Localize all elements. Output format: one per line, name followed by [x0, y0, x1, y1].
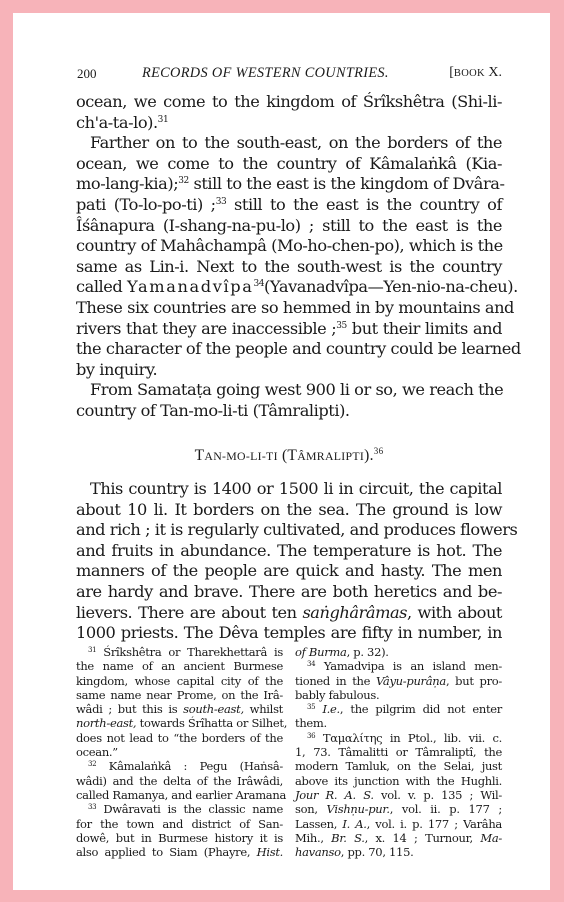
footnote-line: bably fabulous.: [295, 688, 502, 702]
text-span: but their limits and: [347, 319, 502, 338]
running-title: RECORDS OF WESTERN COUNTRIES.: [142, 65, 389, 82]
footnote-line: also applied to Siam (Phayre, Hist.: [76, 845, 283, 859]
heading-part: (T: [278, 447, 297, 464]
footnote-line: dowê, but in Burmese history it is: [76, 831, 283, 845]
text-line: lievers. There are about ten saṅghârâmas…: [76, 603, 502, 624]
text-line: ocean, we come to the kingdom of Śrîkshê…: [76, 92, 502, 113]
footnote-ref: 34: [253, 279, 264, 289]
spaced-name: Yamanadvîpa: [127, 277, 253, 296]
text-line: ocean, we come to the country of Kâmalaṅ…: [76, 154, 502, 175]
text-span: (Yavanadvîpa—Yen-nio-na-cheu).: [264, 277, 518, 296]
footnote-number: 31: [88, 646, 96, 654]
text-span: Kâmalaṅkâ : Pegu (Haṅsâ-: [109, 759, 283, 773]
running-header: 200 RECORDS OF WESTERN COUNTRIES. [BOOK …: [76, 65, 502, 83]
footnote-number: 36: [307, 732, 315, 740]
text-span: Ταμαλίτης in Ptol., lib. vii. c.: [323, 731, 502, 745]
footnote-line: modern Tamluk, on the Selai, just: [295, 759, 502, 773]
italic-term: Jour R. A. S.: [295, 788, 374, 802]
italic-term: Vâyu-purâṇa: [376, 674, 446, 688]
footnote-line: Lassen, I. A., vol. i. p. 177 ; Varâha: [295, 817, 502, 831]
footnote-line: havanso, pp. 70, 115.: [295, 845, 502, 859]
footnote-line: them.: [295, 716, 502, 730]
footnote-line: Jour R. A. S. vol. v. p. 135 ; Wil-: [295, 788, 502, 802]
footnote-line: 36 Ταμαλίτης in Ptol., lib. vii. c.: [295, 731, 502, 745]
italic-term: havanso: [295, 845, 341, 859]
text-span: Dwâravati is the classic name: [103, 802, 283, 816]
book-word: BOOK: [454, 68, 485, 79]
footnote-number: 35: [307, 703, 315, 711]
footnote-line: for the town and district of San-: [76, 817, 283, 831]
footnote-line: same name near Prome, on the Irâ-: [76, 688, 283, 702]
footnote-number: 32: [88, 760, 96, 768]
text-line: about 10 li. It borders on the sea. The …: [76, 500, 502, 521]
text-span: lievers. There are about ten: [76, 603, 302, 622]
text-line: called Yamanadvîpa34(Yavanadvîpa—Yen-nio…: [76, 277, 502, 298]
heading-part: T: [195, 447, 205, 464]
footnote-line: of Burma, p. 32).: [295, 645, 502, 659]
text-span: , x. 14 ; Turnour,: [365, 831, 481, 845]
text-span: , but pro-: [446, 674, 502, 688]
footnote-line: wâdi ; but this is south-east, whilst: [76, 702, 283, 716]
italic-term: north-east,: [76, 716, 136, 730]
main-text: ocean, we come to the kingdom of Śrîkshê…: [76, 92, 502, 644]
text-span: still to the east is the kingdom of Dvâr…: [189, 174, 505, 193]
text-span: vol. v. p. 135 ; Wil-: [374, 788, 502, 802]
text-line: and rich ; it is regularly cultivated, a…: [76, 520, 502, 541]
text-span: , vol. i. p. 177 ; Varâha: [367, 817, 502, 831]
text-span: tioned in the: [295, 674, 376, 688]
book-page: 200 RECORDS OF WESTERN COUNTRIES. [BOOK …: [13, 13, 550, 890]
book-label: [BOOK X.: [449, 65, 502, 81]
heading-part: ÂMRALIPTI: [297, 449, 364, 463]
text-span: , pp. 70, 115.: [341, 845, 414, 859]
footnotes-right-column: of Burma, p. 32). 34 Yamadvipa is an isl…: [295, 645, 502, 859]
footnote-number: 34: [307, 660, 315, 668]
footnote-line: tioned in the Vâyu-purâṇa, but pro-: [295, 674, 502, 688]
footnotes-left-column: 31 Śrîkshêtra or Tharekhettarâ is the na…: [76, 645, 283, 859]
heading-part: AN-MO-LI-TI: [204, 449, 277, 463]
text-span: , vol. ii. p. 177 ;: [390, 802, 502, 816]
text-span: rivers that they are inaccessible ;: [76, 319, 336, 338]
text-span: mo-lang-kia);: [76, 174, 178, 193]
text-line: are hardy and brave. There are both here…: [76, 582, 502, 603]
book-number: X.: [488, 65, 502, 80]
footnote-line: son, Vishṇu-pur., vol. ii. p. 177 ;: [295, 802, 502, 816]
text-span: called: [76, 277, 127, 296]
footnote-line: north-east, towards Śrîhatta or Silhet,: [76, 716, 283, 730]
footnote-line: 1, 73. Tâmalitti or Tâmraliptî, the: [295, 745, 502, 759]
text-span: Lassen,: [295, 817, 342, 831]
text-span: ch'a-ta-lo).: [76, 113, 158, 132]
text-span: wâdi ; but this is: [76, 702, 183, 716]
text-span: son,: [295, 802, 327, 816]
text-span: Yamadvipa is an island men-: [324, 659, 502, 673]
text-line: 1000 priests. The Dêva temples are fifty…: [76, 623, 502, 644]
footnote-ref: 35: [336, 321, 347, 331]
heading-part: ).: [364, 447, 374, 464]
footnote-line: wâdi) and the delta of the Irâwâdi,: [76, 774, 283, 788]
text-line: by inquiry.: [76, 360, 502, 381]
text-span: pati (To-lo-po-ti) ;: [76, 195, 216, 214]
text-line: country of Tan-mo-li-ti (Tâmralipti).: [76, 401, 502, 422]
text-line: same as Lin-i. Next to the south-west is…: [76, 257, 502, 278]
text-line: This country is 1400 or 1500 li in circu…: [76, 479, 502, 500]
text-line: From Samataṭa going west 900 li or so, w…: [76, 380, 502, 401]
footnote-ref: 31: [158, 115, 169, 125]
text-span: still to the east is the country of: [226, 195, 502, 214]
italic-term: Vishṇu-pur.: [327, 802, 390, 816]
text-line: ch'a-ta-lo).31: [76, 113, 502, 134]
text-line: rivers that they are inaccessible ;35 bu…: [76, 319, 502, 340]
italic-term: Hist.: [257, 845, 283, 859]
italic-term: I.e.: [322, 702, 339, 716]
footnote-line: 35 I.e., the pilgrim did not enter: [295, 702, 502, 716]
footnote-line: 33 Dwâravati is the classic name: [76, 802, 283, 816]
text-line: country of Mahâchampâ (Mo-ho-chen-po), w…: [76, 236, 502, 257]
footnote-ref: 33: [216, 197, 227, 207]
text-line: pati (To-lo-po-ti) ;33 still to the east…: [76, 195, 502, 216]
text-span: Mih.,: [295, 831, 331, 845]
text-span: towards Śrîhatta or Silhet,: [136, 716, 287, 730]
section-heading: TAN-MO-LI-TI (TÂMRALIPTI).36: [76, 446, 502, 467]
text-span: also applied to Siam (Phayre,: [76, 845, 257, 859]
footnote-line: 31 Śrîkshêtra or Tharekhettarâ is: [76, 645, 283, 659]
text-line: Îśânapura (I-shang-na-pu-lo) ; still to …: [76, 216, 502, 237]
page-number: 200: [77, 66, 97, 82]
italic-term: Ma-: [480, 831, 502, 845]
footnote-line: does not lead to “the borders of the: [76, 731, 283, 745]
text-line: and fruits in abundance. The temperature…: [76, 541, 502, 562]
text-line: mo-lang-kia);32 still to the east is the…: [76, 174, 502, 195]
text-line: the character of the people and country …: [76, 339, 502, 360]
text-line: Farther on to the south-east, on the bor…: [76, 133, 502, 154]
text-span: , p. 32).: [347, 645, 389, 659]
italic-term: Br. S.: [331, 831, 364, 845]
italic-term: saṅghârâmas: [302, 603, 407, 622]
text-span: Śrîkshêtra or Tharekhettarâ is: [103, 645, 283, 659]
text-line: These six countries are so hemmed in by …: [76, 298, 502, 319]
text-span: , with about: [407, 603, 502, 622]
footnote-line: 34 Yamadvipa is an island men-: [295, 659, 502, 673]
italic-term: I. A.: [342, 817, 366, 831]
text-line: manners of the people are quick and hast…: [76, 561, 502, 582]
footnote-line: Mih., Br. S., x. 14 ; Turnour, Ma-: [295, 831, 502, 845]
footnote-line: called Ramanya, and earlier Aramana: [76, 788, 283, 802]
footnote-ref: 36: [374, 446, 384, 456]
footnote-line: kingdom, whose capital city of the: [76, 674, 283, 688]
text-span: whilst: [244, 702, 283, 716]
footnote-line: the name of an ancient Burmese: [76, 659, 283, 673]
italic-term: south-east,: [183, 702, 244, 716]
footnote-ref: 32: [178, 176, 189, 186]
italic-term: of Burma: [295, 645, 347, 659]
footnote-line: 32 Kâmalaṅkâ : Pegu (Haṅsâ-: [76, 759, 283, 773]
text-span: , the pilgrim did not enter: [340, 702, 502, 716]
footnote-line: above its junction with the Hughli.: [295, 774, 502, 788]
footnote-line: ocean.”: [76, 745, 283, 759]
footnote-number: 33: [88, 803, 96, 811]
